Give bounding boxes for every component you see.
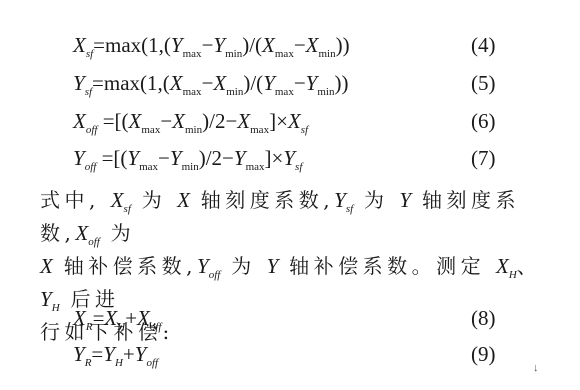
equation-6: Xoff =[(Xmax−Xmin)/2−Xmax]×Xsf (6) xyxy=(73,106,553,136)
paragraph-line-1: 式中, Xsf 为 X 轴刻度系数,Ysf 为 Y 轴刻度系数,Xoff 为 xyxy=(40,184,550,250)
equation-number: (5) xyxy=(471,68,496,98)
equation-9: YR=YH+Yoff (9) xyxy=(73,339,553,369)
equation-4: Xsf=max(1,(Ymax−Ymin)/(Xmax−Xmin)) (4) xyxy=(73,30,553,60)
equation-number: (9) xyxy=(471,339,496,369)
equation-body: Yoff =[(Ymax−Ymin)/2−Ymax]×Ysf xyxy=(73,143,302,173)
equation-body: Xoff =[(Xmax−Xmin)/2−Xmax]×Xsf xyxy=(73,106,308,136)
equation-body: Xsf=max(1,(Ymax−Ymin)/(Xmax−Xmin)) xyxy=(73,30,350,60)
equation-8: XR=XH+Xoff (8) xyxy=(73,303,553,333)
equation-7: Yoff =[(Ymax−Ymin)/2−Ymax]×Ysf (7) xyxy=(73,143,553,173)
equation-number: (8) xyxy=(471,303,496,333)
equation-number: (4) xyxy=(471,30,496,60)
equation-5: Ysf=max(1,(Xmax−Xmin)/(Ymax−Ymin)) (5) xyxy=(73,68,553,98)
equation-number: (7) xyxy=(471,143,496,173)
equation-body: XR=XH+Xoff xyxy=(73,303,161,333)
equation-body: Ysf=max(1,(Xmax−Xmin)/(Ymax−Ymin)) xyxy=(73,68,348,98)
paragraph-mark-icon: ↓ xyxy=(533,362,539,374)
equation-body: YR=YH+Yoff xyxy=(73,339,158,369)
equation-number: (6) xyxy=(471,106,496,136)
